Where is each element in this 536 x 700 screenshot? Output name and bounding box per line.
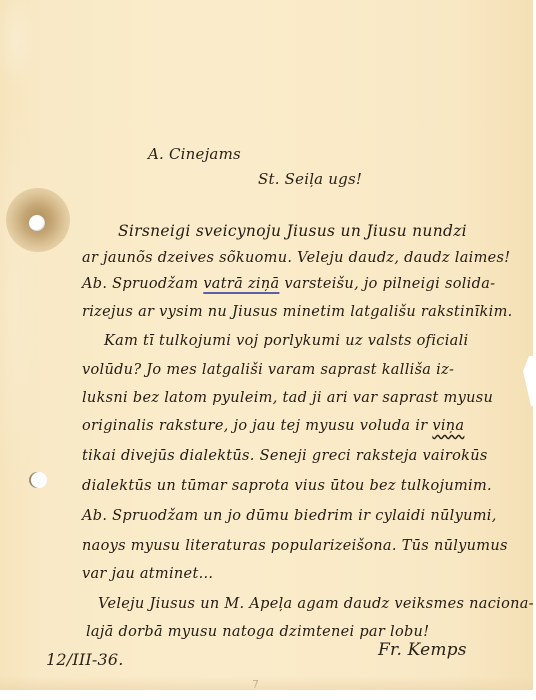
body-line-3-start: Ab. Spruodžam	[82, 276, 203, 292]
body-line-8-start: originalis raksture, jo jau tej myusu vo…	[82, 418, 432, 434]
body-line-7: luksni bez latom pyuleim, tad ji ari var…	[82, 390, 493, 406]
body-line-11: Ab. Spruodžam un jo dūmu biedrim ir cyla…	[82, 508, 497, 524]
body-line-1: Sirsneigi sveicynoju Jiusus un Jiusu nun…	[118, 222, 467, 240]
signature: Fr. Kemps	[378, 640, 467, 660]
torn-edge	[523, 356, 533, 406]
body-line-13: var jau atminet...	[82, 566, 213, 582]
punch-hole-top	[29, 215, 45, 231]
body-line-10: dialektūs un tūmar saprota vius ūtou bez…	[82, 478, 492, 494]
body-line-3: Ab. Spruodžam vatrā ziņā varsteišu, jo p…	[82, 276, 495, 292]
page-number: 7	[252, 678, 259, 690]
letter-page: A. Cinejams St. Seiļa ugs! Sirsneigi sve…	[0, 0, 533, 690]
greeting-line: St. Seiļa ugs!	[258, 170, 362, 188]
underlined-word: viņa	[432, 418, 464, 434]
body-line-2: ar jaunõs dzeives sõkuomu. Veleju daudz,…	[82, 250, 510, 266]
addressee-line: A. Cinejams	[148, 145, 241, 163]
body-line-9: tikai divejūs dialektūs. Seneji greci ra…	[82, 448, 488, 464]
punch-hole-bottom	[31, 472, 47, 488]
body-line-8: originalis raksture, jo jau tej myusu vo…	[82, 418, 464, 434]
body-line-15: lajā dorbā myusu natoga dzimtenei par lo…	[86, 624, 429, 640]
body-line-6: volūdu? Jo mes latgališi varam saprast k…	[82, 362, 454, 378]
body-line-3-end: varsteišu, jo pilneigi solida-	[279, 276, 495, 292]
body-line-4: rizejus ar vysim nu Jiusus minetim latga…	[82, 304, 513, 320]
body-line-14: Veleju Jiusus un M. Apeļa agam daudz vei…	[98, 596, 533, 612]
body-line-12: naoys myusu literaturas popularizeišona.…	[82, 538, 508, 554]
body-line-5: Kam tī tulkojumi voj porlykumi uz valsts…	[104, 333, 468, 349]
underlined-phrase: vatrā ziņā	[203, 276, 279, 292]
letter-date: 12/III-36.	[46, 650, 124, 669]
